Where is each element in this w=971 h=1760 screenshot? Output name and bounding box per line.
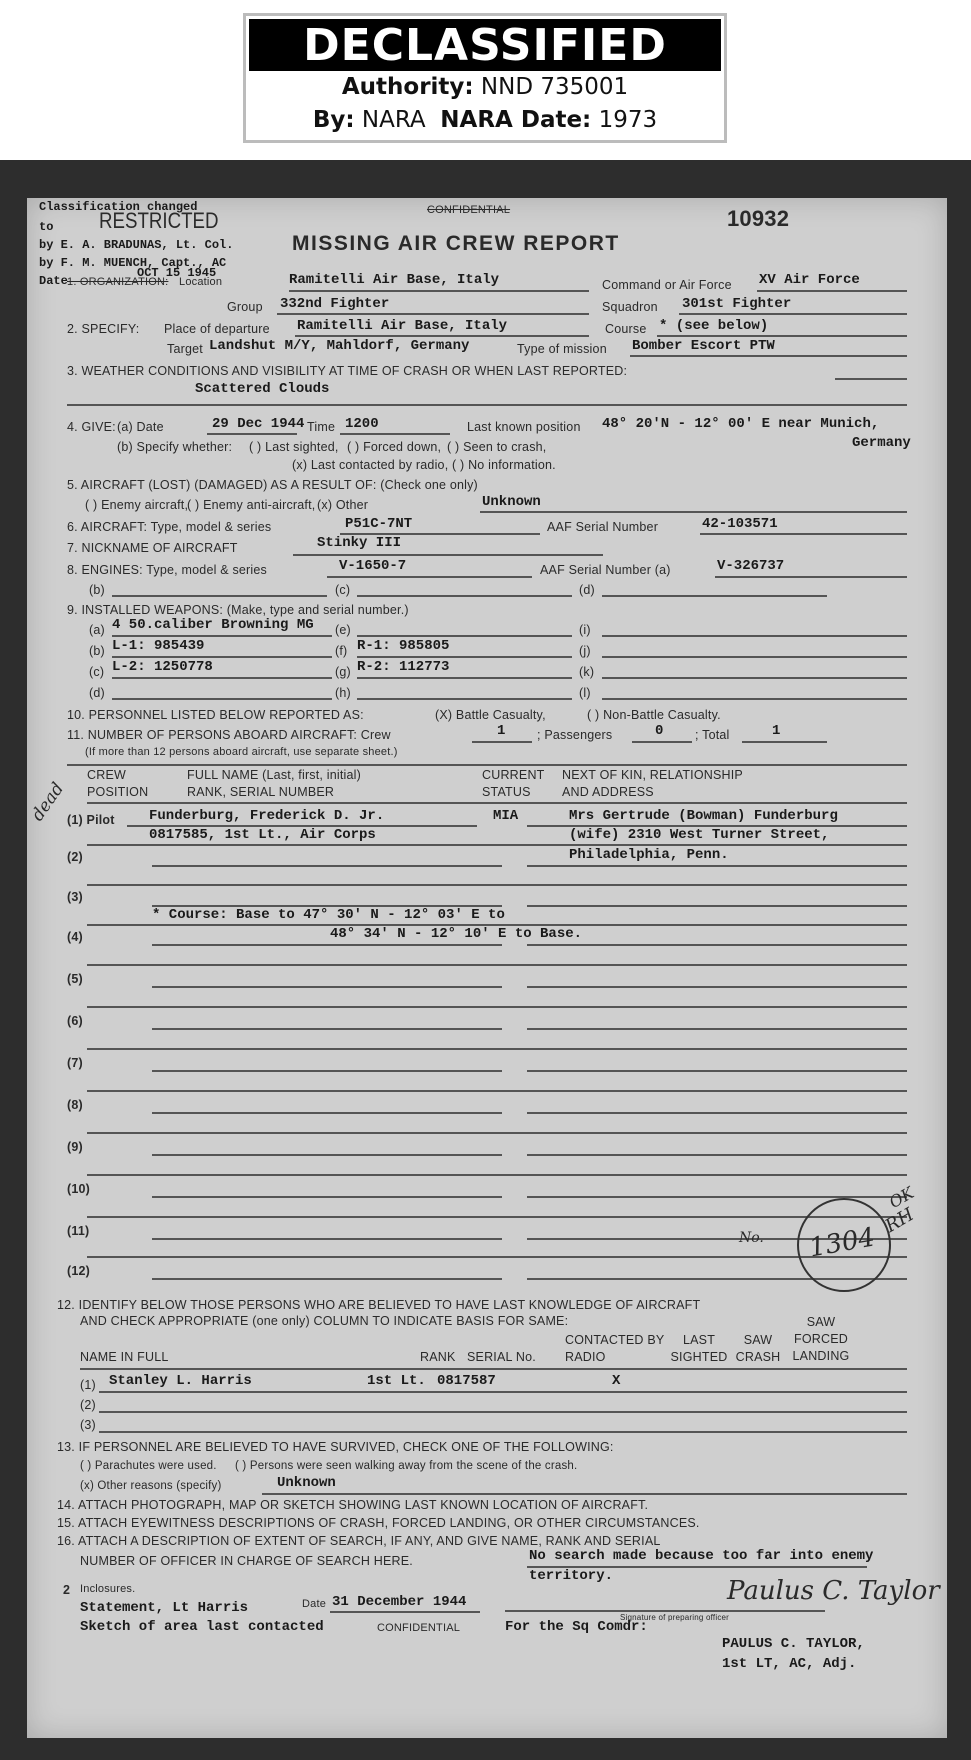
course-value: * (see below) xyxy=(659,318,768,334)
weapon-key: (d) xyxy=(89,686,105,700)
divider xyxy=(80,1368,907,1370)
underline xyxy=(293,554,603,556)
weapon-value: 4 50.caliber Browning MG xyxy=(112,617,314,633)
witness-row-number: (3) xyxy=(80,1418,96,1432)
command-label: Command or Air Force xyxy=(602,278,732,292)
target-label: Target xyxy=(167,342,203,356)
underline xyxy=(152,1154,502,1156)
underline xyxy=(357,656,572,658)
option-parachutes: ( ) Parachutes were used. xyxy=(80,1460,217,1472)
crew-count: 1 xyxy=(497,723,505,739)
s1-label: 1. ORGANIZATION: xyxy=(67,276,168,288)
underline xyxy=(87,1006,907,1008)
underline xyxy=(602,595,827,597)
crash-date: 29 Dec 1944 xyxy=(212,416,304,432)
underline xyxy=(112,698,332,700)
underline xyxy=(152,1238,502,1240)
total-label: ; Total xyxy=(695,728,730,742)
stamp-title: DECLASSIFIED xyxy=(249,19,721,71)
underline xyxy=(152,1196,502,1198)
s3-label: 3. WEATHER CONDITIONS AND VISIBILITY AT … xyxy=(67,364,627,378)
location-value: Ramitelli Air Base, Italy xyxy=(289,272,499,288)
option-forced-down: ( ) Forced down, xyxy=(347,440,441,454)
underline xyxy=(330,1611,480,1613)
s10-label: 10. PERSONNEL LISTED BELOW REPORTED AS: xyxy=(67,708,364,722)
crew-row-number: (6) xyxy=(67,1014,83,1028)
departure-label: Place of departure xyxy=(164,322,270,336)
nickname-value: Stinky III xyxy=(317,535,401,551)
position-value-2: Germany xyxy=(852,435,911,451)
underline xyxy=(295,335,589,337)
col-current: CURRENT xyxy=(482,768,545,782)
underline xyxy=(152,1028,502,1030)
underline xyxy=(527,1154,907,1156)
option-last-sighted: ( ) Last sighted, xyxy=(249,440,339,454)
s16-label-1: 16. ATTACH A DESCRIPTION OF EXTENT OF SE… xyxy=(57,1534,661,1548)
weapon-value: L-2: 1250778 xyxy=(112,659,213,675)
aircraft-serial-label: AAF Serial Number xyxy=(547,520,658,534)
course-note-2: 48° 34' N - 12° 10' E to Base. xyxy=(330,926,582,942)
col-saw-crash: SAW CRASH xyxy=(735,1332,781,1366)
col-name-in-full: NAME IN FULL xyxy=(80,1350,169,1364)
confidential-stamp-bottom: CONFIDENTIAL xyxy=(377,1622,460,1634)
witness-rank: 1st Lt. xyxy=(367,1373,426,1389)
crew-row-number: (3) xyxy=(67,890,83,904)
s4-label: 4. GIVE: xyxy=(67,420,116,434)
inclosure-2: Sketch of area last contacted xyxy=(80,1619,324,1635)
weapon-value: R-1: 985805 xyxy=(357,638,449,654)
specify-label: (b) Specify whether: xyxy=(117,440,232,454)
date-label: (a) Date xyxy=(117,420,164,434)
col-position: POSITION xyxy=(87,785,148,799)
col-rank: RANK xyxy=(420,1350,456,1364)
col-contacted-by-radio: CONTACTED BY RADIO xyxy=(565,1332,665,1366)
squadron-value: 301st Fighter xyxy=(682,296,791,312)
option-walking-away: ( ) Persons were seen walking away from … xyxy=(235,1460,577,1472)
total-count: 1 xyxy=(772,723,780,739)
underline xyxy=(87,1048,907,1050)
group-label: Group xyxy=(227,300,263,314)
position-value: 48° 20'N - 12° 00' E near Munich, xyxy=(602,416,879,432)
loss-cause-value: Unknown xyxy=(482,494,541,510)
underline xyxy=(87,1216,907,1218)
crew-row-number: (11) xyxy=(67,1224,89,1238)
underline xyxy=(67,404,907,406)
margin-note: dead xyxy=(28,779,68,825)
crew-row-number: (10) xyxy=(67,1182,90,1196)
stamp-by: By: NARA NARA Date: 1973 xyxy=(246,104,724,137)
underline xyxy=(700,533,907,535)
col-full-name: FULL NAME (Last, first, initial) xyxy=(187,768,361,782)
search-description-2: territory. xyxy=(529,1568,613,1584)
weather-value: Scattered Clouds xyxy=(195,381,329,397)
option-battle-casualty: (X) Battle Casualty, xyxy=(435,708,546,722)
weapon-value: L-1: 985439 xyxy=(112,638,204,654)
location-label: Location xyxy=(179,276,222,288)
underline xyxy=(357,677,572,679)
crew-row-number: (8) xyxy=(67,1098,83,1112)
s15-label: 15. ATTACH EYEWITNESS DESCRIPTIONS OF CR… xyxy=(57,1516,700,1530)
engine-type-value: V-1650-7 xyxy=(339,558,406,574)
handwritten-signature: Paulus C. Taylor xyxy=(727,1576,940,1606)
crew-kin-2: (wife) 2310 West Turner Street, xyxy=(569,827,829,843)
witness-row-number: (1) xyxy=(80,1378,96,1392)
s11-label: 11. NUMBER OF PERSONS ABOARD AIRCRAFT: C… xyxy=(67,728,391,742)
s8-label: 8. ENGINES: Type, model & series xyxy=(67,563,267,577)
signature-line xyxy=(505,1610,825,1612)
time-label: Time xyxy=(307,420,335,434)
confidential-stamp-top: CONFIDENTIAL xyxy=(427,204,510,216)
s11-note: (If more than 12 persons aboard aircraft… xyxy=(85,746,398,758)
crew-row-number: (4) xyxy=(67,930,83,944)
underline xyxy=(527,1070,907,1072)
group-value: 332nd Fighter xyxy=(280,296,389,312)
underline xyxy=(207,433,297,435)
underline xyxy=(327,576,532,578)
underline xyxy=(742,741,827,743)
aircraft-serial-value: 42-103571 xyxy=(702,516,778,532)
option-other: (x) Other xyxy=(317,498,368,512)
divider xyxy=(87,802,907,804)
col-serial: SERIAL No. xyxy=(467,1350,536,1364)
underline xyxy=(757,290,907,292)
crew-row-number: (7) xyxy=(67,1056,83,1070)
weapon-key: (h) xyxy=(335,686,351,700)
crew-kin-1: Mrs Gertrude (Bowman) Funderburg xyxy=(569,808,838,824)
missing-air-crew-report-form: Classification changed to RESTRICTED by … xyxy=(27,198,947,1738)
for-sq-comdr: For the Sq Comdr: xyxy=(505,1619,648,1635)
col-rank-serial: RANK, SERIAL NUMBER xyxy=(187,785,334,799)
s7-label: 7. NICKNAME OF AIRCRAFT xyxy=(67,541,238,555)
col-saw-forced-landing: SAW FORCED LANDING xyxy=(787,1314,855,1365)
underline xyxy=(87,844,907,846)
underline xyxy=(527,905,907,907)
survival-reason-value: Unknown xyxy=(277,1475,336,1491)
report-date-label: Date xyxy=(302,1598,326,1610)
underline xyxy=(357,595,572,597)
crew-row-number: (12) xyxy=(67,1264,90,1278)
underline xyxy=(87,1132,907,1134)
s13-label: 13. IF PERSONNEL ARE BELIEVED TO HAVE SU… xyxy=(57,1440,614,1454)
col-address: AND ADDRESS xyxy=(562,785,654,799)
report-number: 10932 xyxy=(727,206,789,232)
weapon-key: (a) xyxy=(89,623,105,637)
underline xyxy=(527,865,907,867)
inclosure-1: Statement, Lt Harris xyxy=(80,1600,248,1616)
weapon-value: R-2: 112773 xyxy=(357,659,449,675)
witness-contacted-by-radio: X xyxy=(612,1373,620,1389)
underline xyxy=(152,1070,502,1072)
underline xyxy=(357,635,572,637)
underline xyxy=(289,290,589,292)
underline xyxy=(87,884,907,886)
col-status: STATUS xyxy=(482,785,531,799)
underline xyxy=(835,378,907,380)
scanned-document: Classification changed to RESTRICTED by … xyxy=(0,160,971,1760)
col-last-sighted: LAST SIGHTED xyxy=(669,1332,729,1366)
underline xyxy=(527,986,907,988)
weapon-key: (l) xyxy=(579,686,591,700)
squadron-label: Squadron xyxy=(602,300,658,314)
underline xyxy=(715,576,907,578)
underline xyxy=(152,1278,502,1280)
underline xyxy=(602,677,907,679)
underline xyxy=(112,656,332,658)
crew-rank-serial: 0817585, 1st Lt., Air Corps xyxy=(149,827,376,843)
underline xyxy=(152,1112,502,1114)
underline xyxy=(277,313,589,315)
crew-name: Funderburg, Frederick D. Jr. xyxy=(149,808,384,824)
crew-status: MIA xyxy=(493,808,518,824)
underline xyxy=(99,1391,907,1393)
passengers-label: ; Passengers xyxy=(537,728,612,742)
date-label: Date xyxy=(39,274,68,288)
s5-label: 5. AIRCRAFT (LOST) (DAMAGED) AS A RESULT… xyxy=(67,478,478,492)
s6-label: 6. AIRCRAFT: Type, model & series xyxy=(67,520,271,534)
aircraft-type-value: P51C-7NT xyxy=(345,516,412,532)
weapon-key: (g) xyxy=(335,665,351,679)
witness-serial: 0817587 xyxy=(437,1373,496,1389)
underline xyxy=(657,335,907,337)
col-crew: CREW xyxy=(87,768,126,782)
stamp-authority: Authority: NND 735001 xyxy=(246,71,724,104)
departure-value: Ramitelli Air Base, Italy xyxy=(297,318,507,334)
option-enemy-aircraft: ( ) Enemy aircraft, xyxy=(85,498,188,512)
underline xyxy=(112,677,332,679)
engine-d-label: (d) xyxy=(579,583,595,597)
option-enemy-anti-aircraft: ( ) Enemy anti-aircraft, xyxy=(187,498,315,512)
inclosures-count: 2 xyxy=(63,1583,70,1597)
s2-label: 2. SPECIFY: xyxy=(67,322,139,336)
search-description-1: No search made because too far into enem… xyxy=(529,1548,873,1564)
underline xyxy=(262,1493,907,1495)
command-value: XV Air Force xyxy=(759,272,860,288)
to-label: to xyxy=(39,220,53,234)
declassified-stamp: DECLASSIFIED Authority: NND 735001 By: N… xyxy=(243,13,727,143)
crew-row-number: (9) xyxy=(67,1140,83,1154)
position-label: Last known position xyxy=(467,420,581,434)
weapon-key: (b) xyxy=(89,644,105,658)
underline xyxy=(152,865,502,867)
passenger-count: 0 xyxy=(655,723,663,739)
officer-name: PAULUS C. TAYLOR, xyxy=(722,1636,865,1652)
page-title: MISSING AIR CREW REPORT xyxy=(292,232,620,256)
underline xyxy=(679,313,907,315)
witness-name: Stanley L. Harris xyxy=(109,1373,252,1389)
crash-time: 1200 xyxy=(345,416,379,432)
engine-c-label: (c) xyxy=(335,583,350,597)
engine-serial-value: V-326737 xyxy=(717,558,784,574)
underline xyxy=(152,986,502,988)
mission-label: Type of mission xyxy=(517,342,607,356)
option-other-reasons: (x) Other reasons (specify) xyxy=(80,1480,222,1492)
weapon-key: (i) xyxy=(579,623,591,637)
underline xyxy=(87,1256,907,1258)
s14-label: 14. ATTACH PHOTOGRAPH, MAP OR SKETCH SHO… xyxy=(57,1498,648,1512)
underline xyxy=(357,698,572,700)
engine-b-label: (b) xyxy=(89,583,105,597)
s16-label-2: NUMBER OF OFFICER IN CHARGE OF SEARCH HE… xyxy=(80,1554,413,1568)
underline xyxy=(632,741,692,743)
officer-rank: 1st LT, AC, Adj. xyxy=(722,1656,856,1672)
underline xyxy=(99,1411,907,1413)
s12-label-1: 12. IDENTIFY BELOW THOSE PERSONS WHO ARE… xyxy=(57,1298,700,1312)
underline xyxy=(112,635,332,637)
crew-row-number: (5) xyxy=(67,972,83,986)
crew-row-number: (2) xyxy=(67,850,83,864)
weapon-key: (j) xyxy=(579,644,591,658)
option-last-contacted-radio: (x) Last contacted by radio, xyxy=(292,458,448,472)
underline xyxy=(602,698,907,700)
s12-label-2: AND CHECK APPROPRIATE (one only) COLUMN … xyxy=(80,1314,568,1328)
divider xyxy=(67,764,907,766)
col-next-of-kin: NEXT OF KIN, RELATIONSHIP xyxy=(562,768,743,782)
target-value: Landshut M/Y, Mahldorf, Germany xyxy=(209,338,469,354)
mission-value: Bomber Escort PTW xyxy=(632,338,775,354)
underline xyxy=(112,595,327,597)
s9-label: 9. INSTALLED WEAPONS: (Make, type and se… xyxy=(67,603,409,617)
crew-position: (1) Pilot xyxy=(67,813,115,827)
underline xyxy=(87,964,907,966)
weapon-key: (f) xyxy=(335,644,347,658)
restricted-stamp: RESTRICTED xyxy=(99,208,218,234)
witness-row-number: (2) xyxy=(80,1398,96,1412)
course-label: Course xyxy=(605,322,647,336)
underline xyxy=(527,1112,907,1114)
underline xyxy=(480,511,907,513)
option-non-battle-casualty: ( ) Non-Battle Casualty. xyxy=(587,708,721,722)
option-seen-to-crash: ( ) Seen to crash, xyxy=(447,440,546,454)
inclosures-label: Inclosures. xyxy=(80,1583,135,1595)
weapon-key: (e) xyxy=(335,623,351,637)
underline xyxy=(152,944,502,946)
underline xyxy=(602,656,907,658)
option-no-information: ( ) No information. xyxy=(452,458,556,472)
weapon-key: (c) xyxy=(89,665,104,679)
underline xyxy=(340,433,450,435)
underline xyxy=(99,1431,907,1433)
underline xyxy=(527,1028,907,1030)
underline xyxy=(602,635,907,637)
underline xyxy=(87,1174,907,1176)
underline xyxy=(87,1090,907,1092)
stamp-no-label: No. xyxy=(739,1230,764,1246)
underline xyxy=(472,741,532,743)
crew-kin-3: Philadelphia, Penn. xyxy=(569,847,729,863)
underline xyxy=(527,944,907,946)
underline xyxy=(630,355,907,357)
changed-by-1: by E. A. BRADUNAS, Lt. Col. xyxy=(39,238,233,252)
course-note-1: * Course: Base to 47° 30' N - 12° 03' E … xyxy=(152,907,505,923)
engine-serial-label: AAF Serial Number (a) xyxy=(540,563,671,577)
weapon-key: (k) xyxy=(579,665,594,679)
report-date: 31 December 1944 xyxy=(332,1594,466,1610)
